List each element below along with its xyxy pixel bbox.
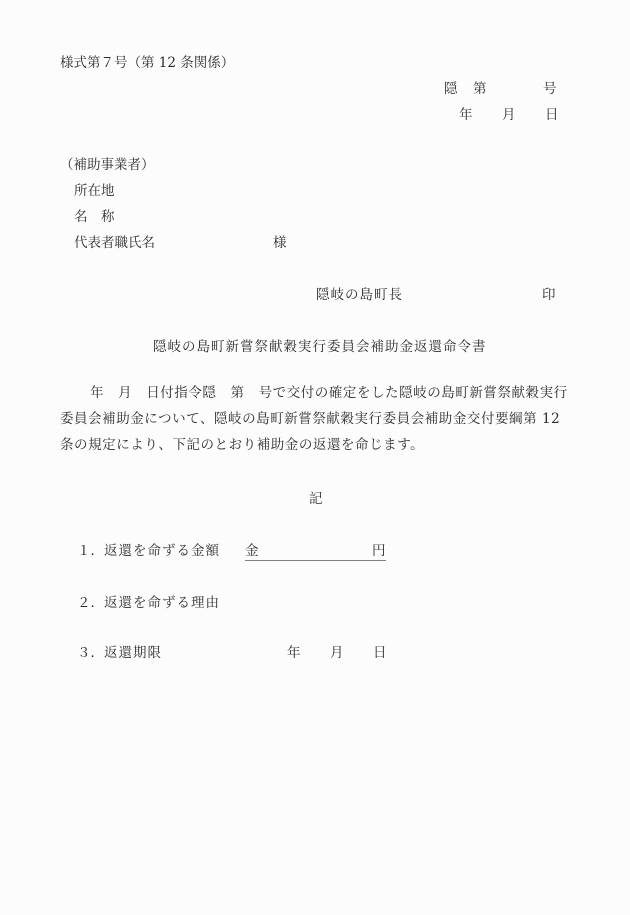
item-1-number: １． — [77, 543, 104, 559]
date-tsuki: 月 — [502, 107, 516, 123]
date-hi: 日 — [545, 107, 559, 123]
issuer-title: 隠岐の島町長 — [316, 287, 403, 303]
ref-prefix: 隠 — [444, 81, 458, 97]
address-label: 所在地 — [74, 183, 115, 199]
ref-go: 号 — [543, 81, 557, 97]
item-3-label: 返還期限 — [104, 645, 162, 661]
deadline-nen: 年 — [287, 645, 301, 661]
body-line-2: 委員会補助金について、隠岐の島町新嘗祭献穀実行委員会補助金交付要綱第 12 — [60, 411, 560, 427]
seal-mark: 印 — [542, 287, 556, 303]
amount-suffix: 円 — [372, 543, 386, 559]
date-nen: 年 — [459, 107, 473, 123]
amount-field — [245, 544, 386, 561]
ref-dai: 第 — [473, 81, 487, 97]
item-1-label: 返還を命ずる金額 — [104, 543, 220, 559]
amount-prefix: 金 — [245, 543, 259, 559]
body-line-3: 条の規定により、下記のとおり補助金の返還を命じます。 — [60, 437, 424, 453]
form-number: 様式第７号（第 12 条関係） — [60, 55, 234, 71]
recipient-heading: （補助事業者） — [60, 157, 155, 173]
deadline-hi: 日 — [373, 645, 387, 661]
item-3-number: ３． — [77, 645, 104, 661]
item-2-label: 返還を命ずる理由 — [104, 595, 220, 611]
deadline-tsuki: 月 — [330, 645, 344, 661]
name-label: 名 称 — [74, 209, 115, 225]
document-title: 隠岐の島町新嘗祭献穀実行委員会補助金返還命令書 — [153, 339, 487, 355]
body-line-1: 年 月 日付指令隠 第 号で交付の確定をした隠岐の島町新嘗祭献穀実行 — [90, 385, 568, 401]
ki-marker: 記 — [309, 491, 323, 507]
honorific: 様 — [273, 235, 287, 251]
representative-label: 代表者職氏名 — [74, 235, 155, 251]
item-2-number: ２． — [77, 595, 104, 611]
